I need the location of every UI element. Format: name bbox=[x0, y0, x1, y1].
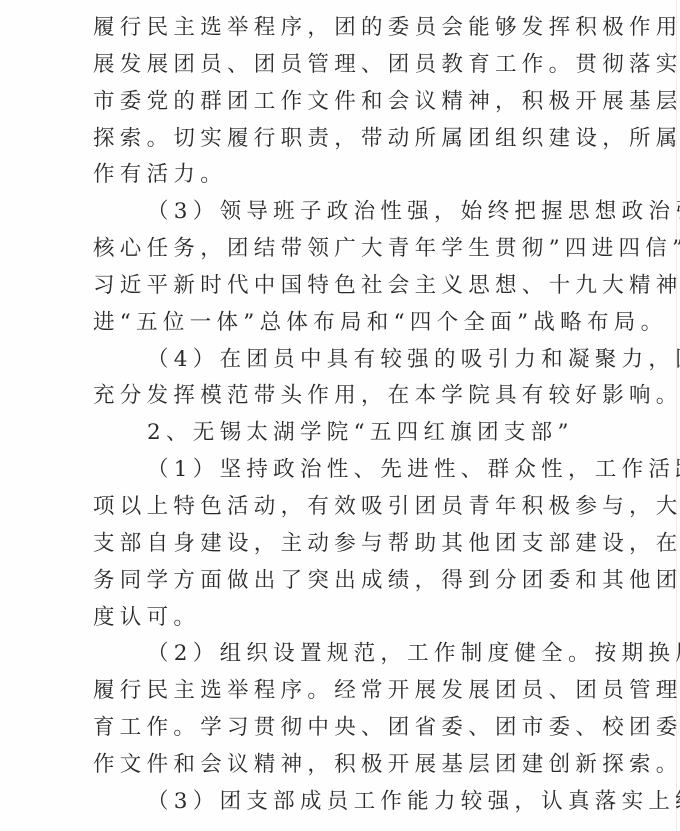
text-line: 作文件和会议精神，积极开展基层团建创新探索。 bbox=[93, 747, 583, 784]
text-line: 习近平新时代中国特色社会主义思想、十九大精神，协调推 bbox=[93, 268, 583, 305]
text-line: 务同学方面做出了突出成绩，得到分团委和其他团支部的高 bbox=[93, 563, 583, 600]
text-line: 支部自身建设，主动参与帮助其他团支部建设，在联系和服 bbox=[93, 526, 583, 563]
text-line: 探索。切实履行职责，带动所属团组织建设，所属团组织工 bbox=[93, 121, 583, 158]
text-line: 项以上特色活动，有效吸引团员青年积极参与，大力开展团 bbox=[93, 489, 583, 526]
paragraph-first-line: （1）坚持政治性、先进性、群众性，工作活跃，有一 bbox=[93, 452, 583, 489]
text-line: 度认可。 bbox=[93, 600, 583, 637]
text-line: 充分发挥模范带头作用，在本学院具有较好影响。 bbox=[93, 378, 583, 415]
paragraph-first-line: （3）领导班子政治性强，始终把握思想政治引领这一 bbox=[93, 194, 583, 231]
text-line: 作有活力。 bbox=[93, 157, 583, 194]
text-line: 履行民主选举程序。经常开展发展团员、团员管理、团员教 bbox=[93, 673, 583, 710]
text-line: 核心任务，团结带领广大青年学生贯彻”四进四信”精神、 bbox=[93, 231, 583, 268]
text-line: 履行民主选举程序，团的委员会能够发挥积极作用。经常开 bbox=[93, 10, 583, 47]
text-line: 进“五位一体”总体布局和“四个全面”战略布局。 bbox=[93, 305, 583, 342]
text-line: 展发展团员、团员管理、团员教育工作。贯彻落实中央、省 bbox=[93, 47, 583, 84]
document-page: 履行民主选举程序，团的委员会能够发挥积极作用。经常开展发展团员、团员管理、团员教… bbox=[0, 0, 680, 831]
text-line: 市委党的群团工作文件和会议精神，积极开展基层团建创新 bbox=[93, 84, 583, 121]
paragraph-first-line: （3）团支部成员工作能力较强，认真落实上级团委的 bbox=[93, 784, 583, 821]
paragraph-first-line: （2）组织设置规范，工作制度健全。按期换届，认真 bbox=[93, 636, 583, 673]
paragraph-first-line: 2、无锡太湖学院“五四红旗团支部” bbox=[93, 415, 583, 452]
text-line: 育工作。学习贯彻中央、团省委、团市委、校团委的群团工 bbox=[93, 710, 583, 747]
scan-edge-line bbox=[676, 0, 677, 831]
document-body: 履行民主选举程序，团的委员会能够发挥积极作用。经常开展发展团员、团员管理、团员教… bbox=[93, 10, 583, 821]
paragraph-first-line: （4）在团员中具有较强的吸引力和凝聚力，团员队伍 bbox=[93, 342, 583, 379]
